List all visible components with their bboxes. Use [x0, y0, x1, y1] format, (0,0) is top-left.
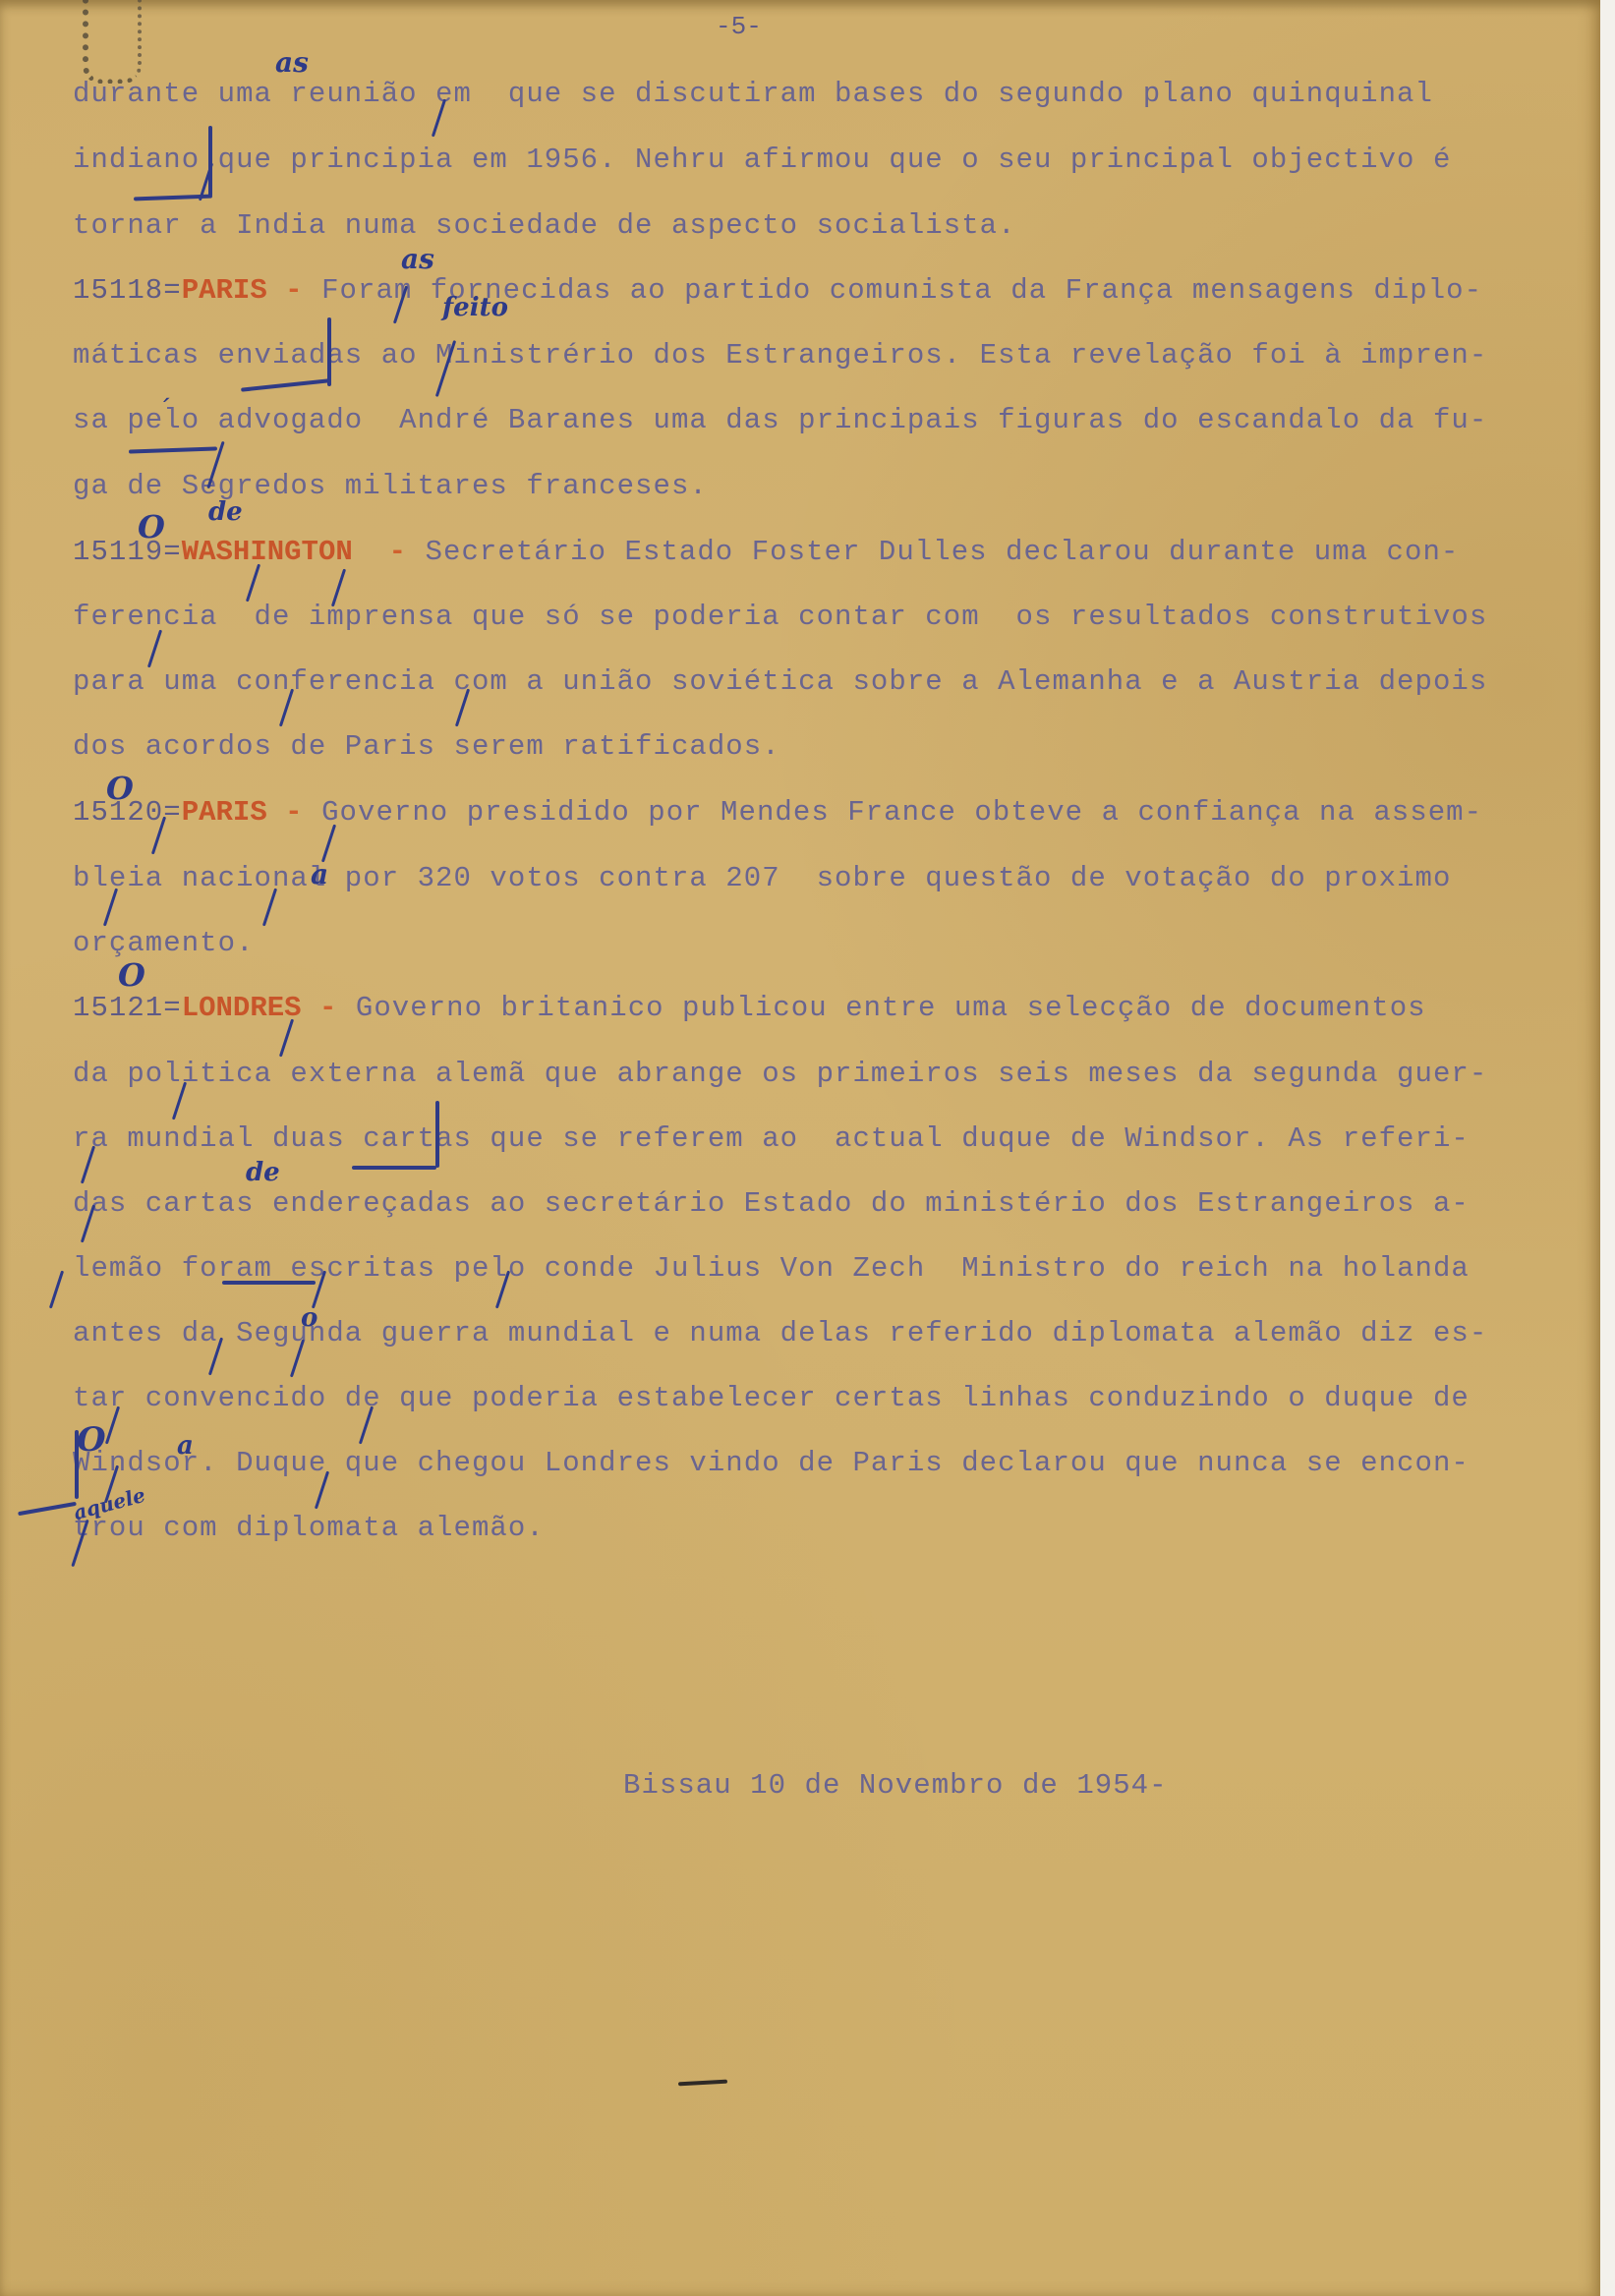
- handwritten-comma: [49, 1271, 64, 1309]
- dispatch-id: 15118=: [73, 274, 182, 307]
- handwritten-insertion: O: [77, 1423, 106, 1457]
- handwritten-underline: [129, 446, 217, 453]
- handwritten-paragraph-bracket: [327, 317, 331, 386]
- text-line: ferencia de imprensa que só se poderia c…: [73, 598, 1487, 637]
- page-number: -5-: [716, 12, 762, 41]
- handwritten-insertion: as: [401, 246, 434, 273]
- text-line: trou com diplomata alemão.: [73, 1509, 545, 1548]
- handwritten-paragraph-bracket: [75, 1430, 79, 1499]
- text-line: para uma conferencia com a união soviéti…: [73, 662, 1487, 702]
- text-line: antes da Segunda guerra mundial e numa d…: [73, 1314, 1487, 1353]
- text-line: das cartas endereçadas ao secretário Est…: [73, 1184, 1470, 1224]
- text-line: da politica externa alemã que abrange os…: [73, 1055, 1487, 1094]
- handwritten-insertion: o: [301, 1305, 317, 1331]
- text-line: tar convencido de que poderia estabelece…: [73, 1379, 1470, 1418]
- handwritten-insertion: a: [311, 861, 328, 889]
- document-page: -5- durante uma reunião em que se discut…: [0, 0, 1600, 2296]
- text-line: bleia nacional por 320 votos contra 207 …: [73, 859, 1451, 898]
- handwritten-insertion: a: [177, 1433, 194, 1459]
- dispatch-15121-header-line: 15121=LONDRES - Governo britanico public…: [73, 989, 1426, 1028]
- handwritten-paragraph-bracket: [435, 1101, 439, 1168]
- text-line: máticas enviadas ao Ministrério dos Estr…: [73, 336, 1487, 375]
- dispatch-id: 15121=: [73, 992, 182, 1024]
- dispatch-15118-header-line: 15118=PARIS - Foram fornecidas ao partid…: [73, 271, 1482, 311]
- dispatch-city: PARIS: [182, 796, 267, 829]
- handwritten-underline: [352, 1166, 436, 1170]
- text-line: tornar a India numa sociedade de aspecto…: [73, 206, 1016, 246]
- handwritten-underline: [18, 1502, 77, 1516]
- text-line: Secretário Estado Foster Dulles declarou…: [426, 536, 1460, 568]
- dispatch-id: 15119=: [73, 536, 182, 568]
- text-line: ga de Segredos militares franceses.: [73, 467, 708, 506]
- pencil-bracket-mark: [83, 0, 142, 84]
- handwritten-insertion: de: [208, 499, 243, 525]
- text-line: orçamento.: [73, 924, 255, 963]
- dash-mark: [678, 2080, 727, 2087]
- handwritten-insertion: feito: [442, 295, 508, 320]
- handwritten-insertion: O: [106, 773, 134, 804]
- dispatch-separator: -: [302, 992, 356, 1024]
- text-line: Windsor. Duque que chegou Londres vindo …: [73, 1444, 1470, 1483]
- handwritten-accent: ´: [158, 398, 169, 420]
- dispatch-separator: -: [353, 536, 426, 568]
- dispatch-city: LONDRES: [182, 992, 302, 1024]
- text-line: Governo presidido por Mendes France obte…: [321, 796, 1482, 829]
- handwritten-insertion: O: [118, 959, 145, 991]
- handwritten-insertion: O: [138, 511, 165, 543]
- dispatch-separator: -: [267, 796, 321, 829]
- handwritten-underline: [222, 1281, 316, 1285]
- text-line: sa pelo advogado André Baranes uma das p…: [73, 401, 1487, 440]
- dispatch-15120-header-line: 15120=PARIS - Governo presidido por Mend…: [73, 793, 1482, 832]
- dispatch-city: PARIS: [182, 274, 267, 307]
- dispatch-city: WASHINGTON: [182, 536, 353, 568]
- handwritten-underline: [241, 378, 329, 391]
- text-line: dos acordos de Paris serem ratificados.: [73, 727, 780, 767]
- place-date-signature: Bissau 10 de Novembro de 1954-: [623, 1769, 1168, 1802]
- text-line: Governo britanico publicou entre uma sel…: [356, 992, 1426, 1024]
- text-line: indiano que principia em 1956. Nehru afi…: [73, 141, 1451, 180]
- handwritten-paragraph-bracket: [208, 126, 212, 197]
- dispatch-15119-header-line: 15119=WASHINGTON - Secretário Estado Fos…: [73, 533, 1459, 572]
- handwritten-insertion: de: [246, 1160, 280, 1185]
- handwritten-insertion: as: [275, 49, 309, 77]
- text-line: ra mundial duas cartas que se referem ao…: [73, 1119, 1470, 1159]
- dispatch-separator: -: [267, 274, 321, 307]
- text-line: durante uma reunião em que se discutiram…: [73, 75, 1433, 114]
